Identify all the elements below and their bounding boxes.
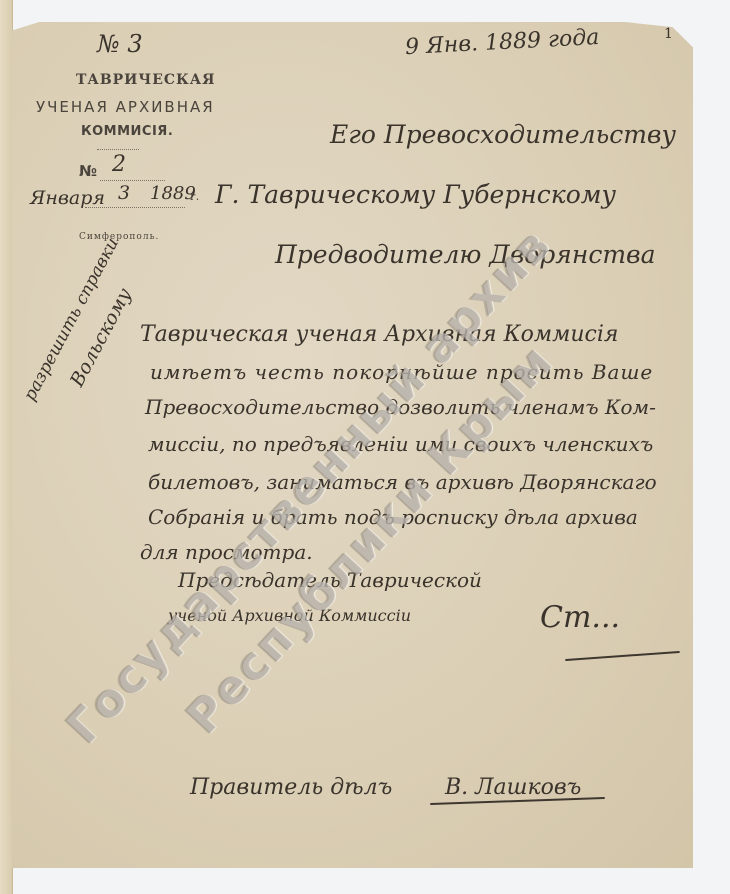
- letterhead-line2: УЧЕНАЯ АРХИВНАЯ: [36, 98, 215, 116]
- file-number: № 3: [97, 30, 143, 58]
- address-line3: Предводителю Дворянства: [275, 240, 655, 269]
- date-underline: [85, 207, 185, 208]
- address-line1: Его Превосходительству: [330, 120, 676, 149]
- letterhead-divider: [97, 149, 139, 150]
- secretary-title: Правитель дѣлъ: [190, 775, 392, 800]
- letterhead-date-month: Января: [30, 187, 105, 209]
- letterhead-city: Симферополь.: [79, 232, 159, 242]
- chairman-signature: Ст...: [540, 600, 620, 635]
- page-number: 1: [664, 26, 673, 42]
- letterhead-line1: ТАВРИЧЕСКАЯ: [76, 72, 216, 88]
- body-line: Таврическая ученая Архивная Коммисія: [140, 322, 618, 347]
- folded-binding-strip: [0, 0, 13, 894]
- body-line: миссіи, по предъявленіи ими своихъ членс…: [148, 432, 653, 456]
- letterhead-date-suffix: г.: [190, 190, 199, 203]
- number-underline: [100, 180, 165, 181]
- address-line2: Г. Таврическому Губернскому: [215, 180, 616, 209]
- letterhead-date-day: 3: [118, 182, 130, 204]
- letterhead-date-year: 1889: [150, 183, 196, 204]
- outgoing-number-label: №: [79, 162, 97, 180]
- letterhead-line3: КОММИСІЯ.: [81, 124, 173, 139]
- secretary-name: В. Лашковъ: [445, 775, 581, 800]
- outgoing-number-value: 2: [112, 152, 126, 177]
